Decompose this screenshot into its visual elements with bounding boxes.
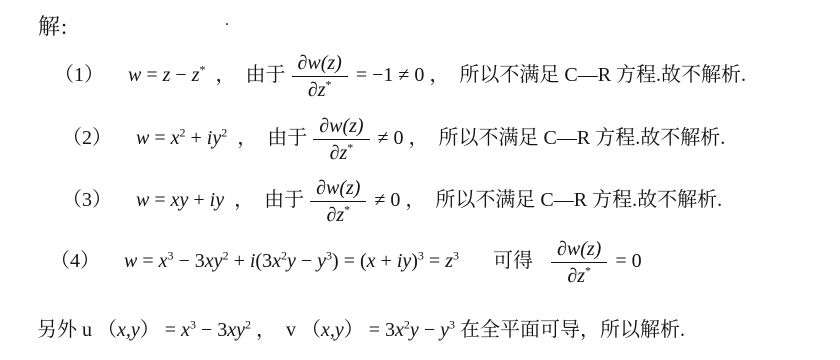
text-run: 在全平面可导，所以解析. [455,319,685,341]
math-run: ∂w(z) [298,52,342,74]
text-run: （ [97,319,117,341]
text-run: ， [405,189,435,211]
math-run: ∂z [308,79,326,101]
math-run: * [326,77,332,91]
fraction-numerator: ∂w(z) [551,238,607,263]
fraction-denominator: ∂z* [308,77,332,101]
text-run: ， [224,189,264,211]
math-run: u [82,319,97,341]
math-run: = [424,250,445,272]
math-run: ∂w(z) [557,238,601,260]
fraction: ∂w(z)∂z* [292,52,348,101]
math-run: y [440,319,449,341]
solution-line-case-4: （4）w = x3 − 3xy2 + i(3x2y − y3) = (x + i… [50,238,642,287]
text-run: （2） [62,127,112,149]
math-run: iy [210,189,224,211]
text-run: （3） [62,189,112,211]
text-run: 所以不满足 C—R 方程.故不解析. [459,64,746,86]
math-run: xy [205,250,223,272]
math-run: − [170,64,191,86]
math-run: x [367,250,376,272]
math-run: ∂w(z) [319,115,363,137]
math-run: * [585,263,591,277]
text-run: 由于 [246,64,286,86]
math-run: * [344,202,350,216]
math-run: x [159,250,168,272]
math-run: = [141,64,162,86]
math-run: * [347,140,353,154]
math-run: + [376,250,397,272]
fraction-denominator: ∂z* [567,263,591,287]
math-run: w [136,189,149,211]
math-run: = [149,127,170,149]
text-run: ） [344,319,364,341]
math-run: iy [207,127,221,149]
math-run: − [296,250,317,272]
fraction-numerator: ∂w(z) [292,52,348,77]
fraction: ∂w(z)∂z* [310,177,366,226]
fraction-numerator: ∂w(z) [310,177,366,202]
math-run: = 3 [364,319,395,341]
math-run: 3 [453,248,459,262]
text-run: （4） [50,250,100,272]
solution-line-case-3: （3）w = xy + iy ， 由于∂w(z)∂z*≠ 0 ， 所以不满足 C… [62,177,722,226]
math-run: = −1 ≠ 0 [356,64,430,86]
solution-line-case-2: （2）w = x2 + iy2 ， 由于∂w(z)∂z*≠ 0 ， 所以不满足 … [62,115,725,164]
solution-document: 解: . （1）w = z − z* ， 由于∂w(z)∂z*= −1 ≠ 0 … [0,0,840,360]
math-run: ≠ 0 [374,189,405,211]
text-run: ， [429,64,459,86]
text-run: 所以不满足 C—R 方程.故不解析. [439,127,726,149]
text-run: ， [206,64,246,86]
math-run: ∂z [326,204,344,226]
math-run: ∂z [567,265,585,287]
fraction: ∂w(z)∂z* [313,115,369,164]
math-run: x,y [117,319,140,341]
solution-line-final-remark: 另外 u （x,y） = x3 − 3xy2 ， v （x,y） = 3x2y … [37,318,685,343]
math-run: w [124,250,137,272]
solution-label: 解: [38,10,68,41]
text-run: 另外 [37,319,82,341]
math-run: w [128,64,141,86]
stray-dot: . [225,12,229,30]
math-run: = [160,319,181,341]
math-run: ) [411,250,418,272]
math-run: z [445,250,453,272]
math-run: x [171,127,180,149]
fraction-denominator: ∂z* [330,140,354,164]
math-run: y [410,319,419,341]
math-run: = 0 [615,250,641,272]
math-run: xy [171,189,189,211]
math-run: v [286,319,301,341]
math-run: ∂z [330,142,348,164]
math-run: − [419,319,440,341]
math-run: − 3 [196,319,227,341]
text-run: 由于 [267,127,307,149]
math-run: x [395,319,404,341]
math-run: (3 [255,250,272,272]
math-run: = [149,189,170,211]
math-run: iy [397,250,411,272]
math-run: y [287,250,296,272]
math-run: x [181,319,190,341]
text-run: 可得 [493,250,533,272]
fraction-denominator: ∂z* [326,202,350,226]
solution-line-case-1: （1）w = z − z* ， 由于∂w(z)∂z*= −1 ≠ 0 ， 所以不… [54,52,746,101]
math-run: x [272,250,281,272]
math-run: ∂w(z) [316,177,360,199]
math-run: x,y [321,319,344,341]
math-run: w [136,127,149,149]
text-run: 所以不满足 C—R 方程.故不解析. [435,189,722,211]
math-run: xy [227,319,245,341]
text-run: （1） [54,64,104,86]
math-run: + [229,250,250,272]
text-run: ， [227,127,267,149]
fraction-numerator: ∂w(z) [313,115,369,140]
fraction: ∂w(z)∂z* [551,238,607,287]
text-run: ） [140,319,160,341]
math-run: + [186,127,207,149]
text-run: （ [301,319,321,341]
text-run: 由于 [264,189,304,211]
math-run: z [192,64,200,86]
math-run: y [317,250,326,272]
math-run: + [188,189,209,211]
math-run: = [137,250,158,272]
math-run: ≠ 0 [378,127,409,149]
text-run: ， [251,319,286,341]
text-run: ， [409,127,439,149]
math-run: − 3 [174,250,205,272]
math-run: ) = ( [332,250,367,272]
